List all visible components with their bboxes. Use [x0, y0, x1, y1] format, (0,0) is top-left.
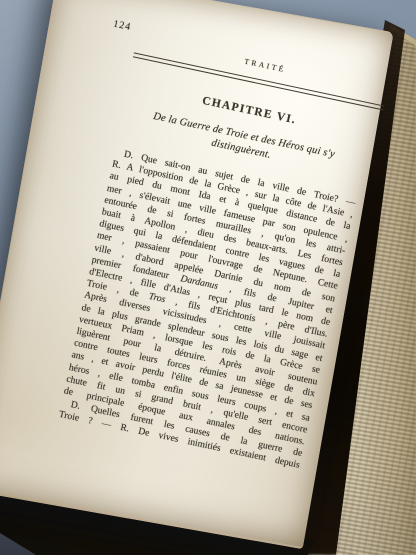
running-head: TRAITÉ: [244, 57, 287, 75]
book-photo: 124 TRAITÉ CHAPITRE VI. De la Guerre de …: [0, 0, 416, 555]
page-number: 124: [112, 19, 132, 34]
body-text: D. Que sait-on au sujet de la ville de T…: [58, 147, 357, 473]
